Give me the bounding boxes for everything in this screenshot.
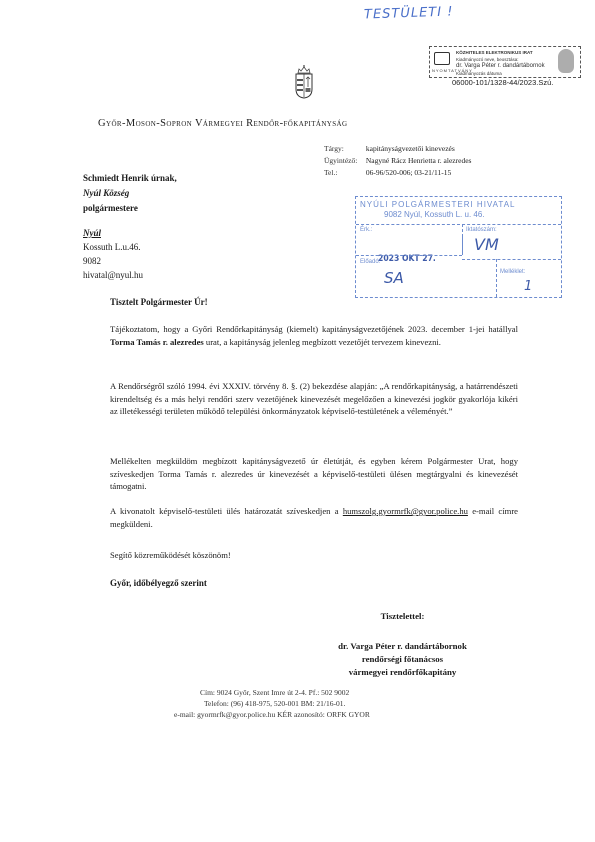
paragraph-1: Tájékoztatom, hogy a Győri Rendőrkapitán…: [110, 323, 518, 348]
recipient-city: Nyúl: [83, 228, 101, 238]
paragraph-1-text-end: urat, a kapitányság jelenleg megbízott v…: [204, 337, 441, 347]
stamp-signature-label: Iktatószám:: [466, 227, 497, 233]
signer-name: dr. Varga Péter r. dandártábornok: [300, 641, 505, 651]
footer-email: e-mail: gyormrfk@gyor.police.hu KÉR azon…: [174, 710, 479, 719]
esig-line1: KÖZHITELES ELEKTRONIKUS IRAT: [456, 50, 533, 55]
esig-line4: Kiadmányozás dátuma: [456, 71, 502, 76]
stamp-handler-label: Előadó:: [360, 259, 380, 265]
meta-value: Nagyné Rácz Henrietta r. alezredes: [366, 156, 472, 165]
paragraph-4-text: A kivonatolt képviselő-testületi ülés ha…: [110, 506, 343, 516]
meta-label: Tel.:: [324, 168, 364, 177]
document-icon: [434, 52, 450, 65]
meta-value: kapitányságvezetői kinevezés: [366, 144, 455, 153]
footer-phone: Telefon: (96) 418-975, 520-001 BM: 21/16…: [204, 699, 509, 708]
meta-label: Tárgy:: [324, 144, 364, 153]
esig-line2: Kiadmányozó neve, beosztása:: [456, 57, 519, 62]
signer-rank: rendőrségi főtanácsos: [300, 654, 505, 664]
electronic-signature-stamp: NYOMTATVÁNY KÖZHITELES ELEKTRONIKUS IRAT…: [429, 46, 581, 78]
stamp-handler-value: SA: [384, 269, 404, 287]
coat-of-arms-icon: [293, 65, 315, 99]
appointee-name: Torma Tamás r. alezredes: [110, 337, 204, 347]
recipient-title: polgármestere: [83, 203, 138, 213]
paragraph-3: Mellékelten megküldöm megbízott kapitány…: [110, 455, 518, 493]
meta-label: Ügyintéző:: [324, 156, 364, 165]
recipient-street: Kossuth L.u.46.: [83, 242, 141, 252]
stamp-received-label: Érk.:: [360, 227, 372, 233]
signer-position: vármegyei rendőrfőkapitány: [300, 667, 505, 677]
meta-phone: Tel.: 06-96/520-006; 03-21/11-15: [324, 168, 451, 177]
paragraph-1-text: Tájékoztatom, hogy a Győri Rendőrkapitán…: [110, 324, 518, 334]
place-date: Győr, időbélyegző szerint: [110, 578, 207, 588]
recipient-name: Schmiedt Henrik úrnak,: [83, 173, 177, 183]
thanks-line: Segítő közreműködését köszönöm!: [110, 550, 231, 560]
esig-signer: dr. Varga Péter r. dandártábornok: [456, 63, 545, 69]
stamp-attachment-label: Melléklet:: [500, 269, 525, 275]
recipient-postcode: 9082: [83, 256, 101, 266]
reference-number: 06000-101/1328-44/2023.Szú.: [452, 78, 553, 87]
institution-name: Győr-Moson-Sopron Vármegyei Rendőr-főkap…: [98, 118, 347, 129]
salutation: Tisztelt Polgármester Úr!: [110, 297, 208, 307]
seal-icon: [558, 49, 574, 73]
meta-value: 06-96/520-006; 03-21/11-15: [366, 168, 451, 177]
meta-subject: Tárgy: kapitányságvezetői kinevezés: [324, 144, 455, 153]
paragraph-2: A Rendőrségről szóló 1994. évi XXXIV. tö…: [110, 380, 518, 418]
meta-administrator: Ügyintéző: Nagyné Rácz Henrietta r. alez…: [324, 156, 471, 165]
reply-email-link[interactable]: humszolg.gyormrfk@gyor.police.hu: [343, 506, 468, 516]
stamp-signature-value: VM: [474, 235, 499, 254]
paragraph-4: A kivonatolt képviselő-testületi ülés ha…: [110, 505, 518, 530]
recipient-email[interactable]: hivatal@nyul.hu: [83, 270, 143, 280]
incoming-registration-stamp: NYÚLI POLGÁRMESTERI HIVATAL 9082 Nyúl, K…: [355, 196, 562, 298]
footer-address: Cím: 9024 Győr, Szent Imre út 2-4. Pf.: …: [200, 688, 505, 697]
stamp-header-office: NYÚLI POLGÁRMESTERI HIVATAL: [360, 200, 515, 209]
stamp-header-address: 9082 Nyúl, Kossuth L. u. 46.: [384, 210, 485, 219]
handwritten-note: TESTÜLETI !: [364, 4, 454, 22]
stamp-attachment-value: 1: [524, 279, 532, 294]
closing-greeting: Tisztelettel:: [300, 611, 505, 621]
recipient-municipality: Nyúl Község: [83, 188, 129, 198]
